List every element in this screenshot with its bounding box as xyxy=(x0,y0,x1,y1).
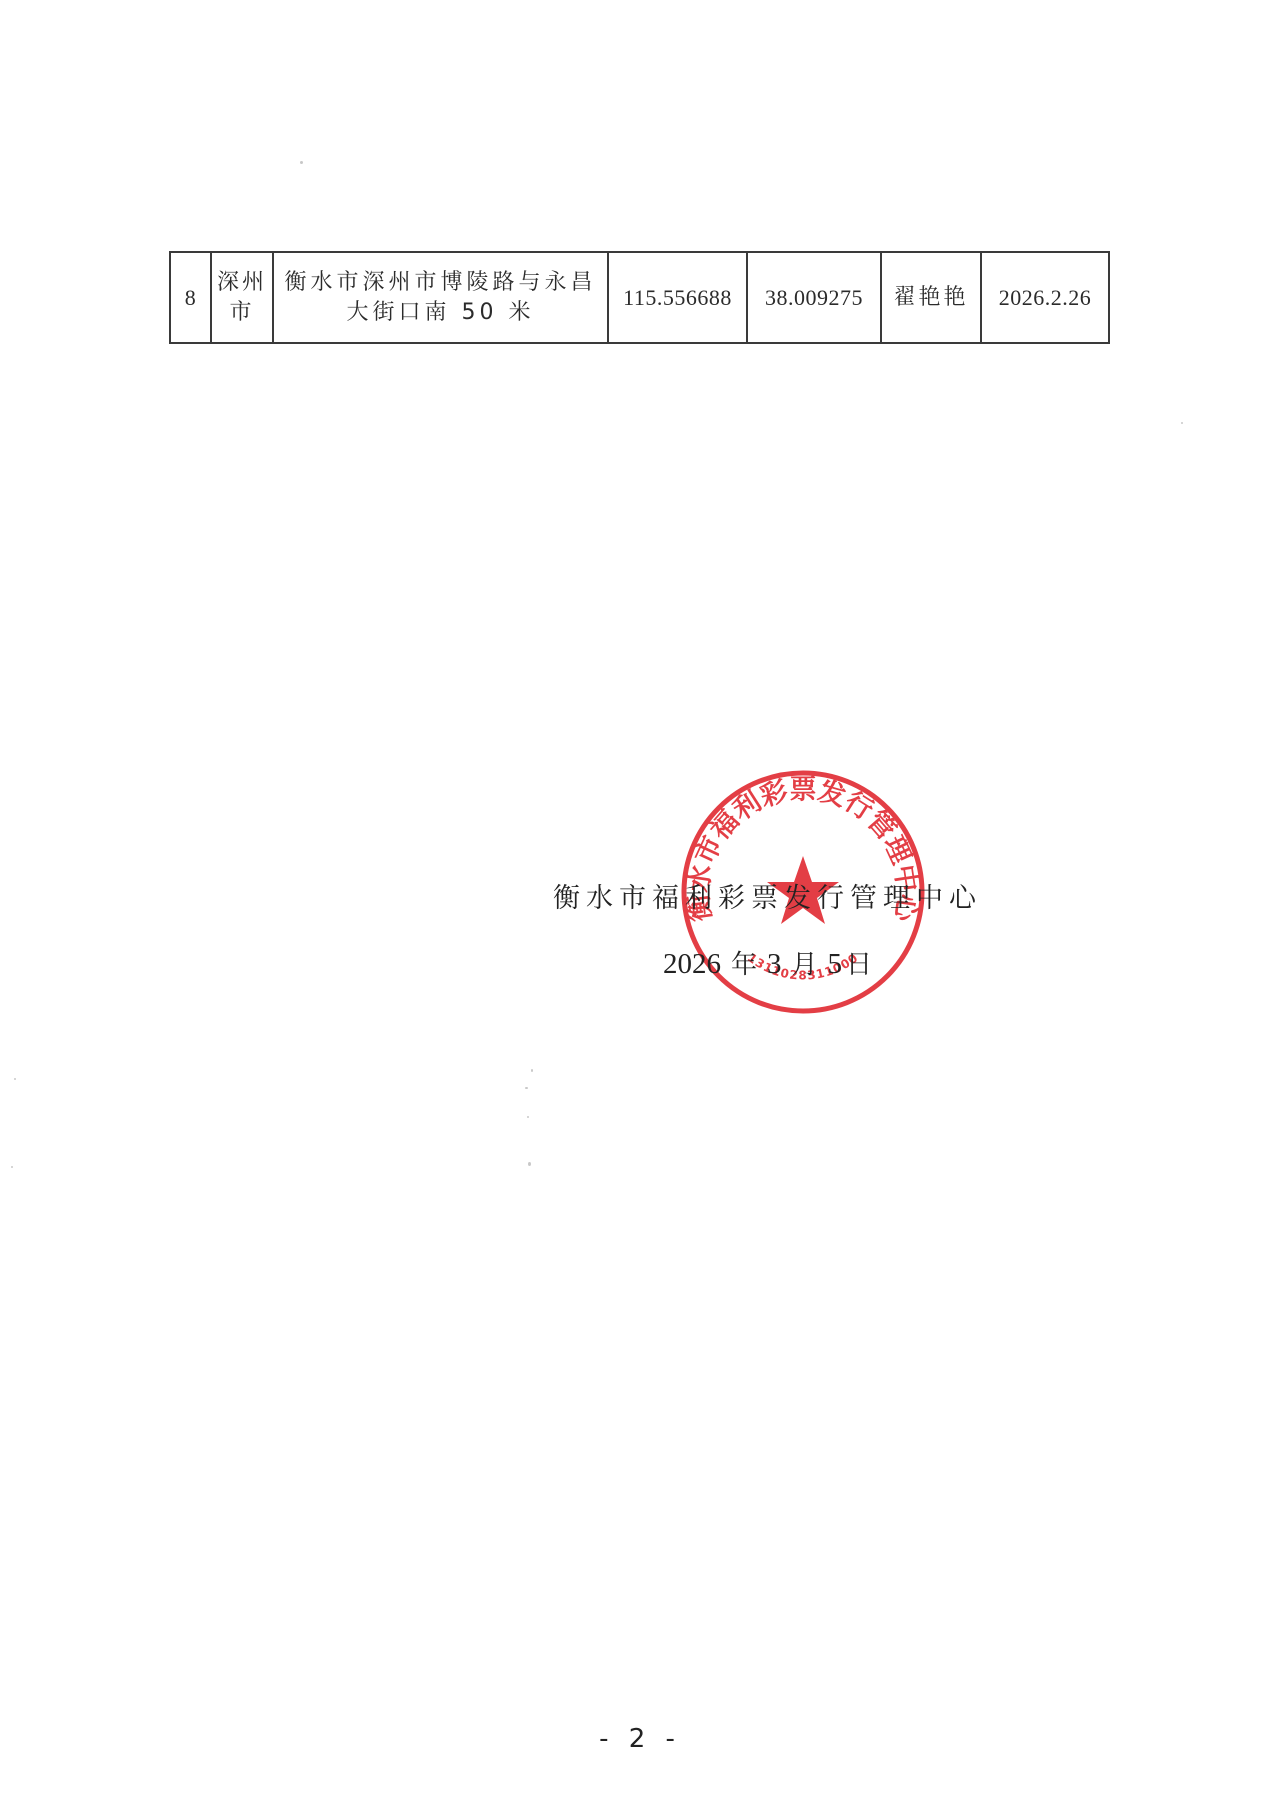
address-line-2: 大街口南 50 米 xyxy=(274,298,607,328)
date-day-unit: 日 xyxy=(846,950,872,980)
latitude-cell: 38.009275 xyxy=(747,252,881,343)
scan-speck xyxy=(1181,422,1183,424)
date-month: 3 xyxy=(767,948,782,980)
owner-name-cell: 翟艳艳 xyxy=(881,252,981,343)
page-number: - 2 - xyxy=(0,1724,1280,1754)
table-row: 8 深州 市 衡水市深州市博陵路与永昌 大街口南 50 米 115.556688… xyxy=(170,252,1109,343)
address-line-1: 衡水市深州市博陵路与永昌 xyxy=(274,268,607,298)
store-records-table: 8 深州 市 衡水市深州市博陵路与永昌 大街口南 50 米 115.556688… xyxy=(169,251,1110,344)
issuing-organization: 衡水市福利彩票发行管理中心 xyxy=(553,876,1003,915)
address-cell: 衡水市深州市博陵路与永昌 大街口南 50 米 xyxy=(273,252,608,343)
scan-speck xyxy=(14,1078,16,1080)
date-year-unit: 年 xyxy=(731,950,757,980)
date-year: 2026 xyxy=(663,948,721,980)
scan-speck xyxy=(525,1087,528,1089)
county-line-1: 深州 xyxy=(212,268,272,298)
longitude-cell: 115.556688 xyxy=(608,252,747,343)
scan-speck xyxy=(11,1166,13,1168)
county-line-2: 市 xyxy=(212,298,272,328)
date-month-unit: 月 xyxy=(792,950,818,980)
row-index: 8 xyxy=(170,252,211,343)
scan-speck xyxy=(527,1116,529,1118)
signature-date: 2026年3月5日 xyxy=(663,944,882,981)
signature-block: 衡水市福利彩票发行管理中心 2026年3月5日 xyxy=(553,876,1003,915)
county-cell: 深州 市 xyxy=(211,252,273,343)
scan-speck xyxy=(531,1069,533,1072)
scan-speck xyxy=(528,1162,531,1166)
date-cell: 2026.2.26 xyxy=(981,252,1109,343)
scan-speck xyxy=(300,161,303,164)
date-day: 5 xyxy=(828,948,843,980)
